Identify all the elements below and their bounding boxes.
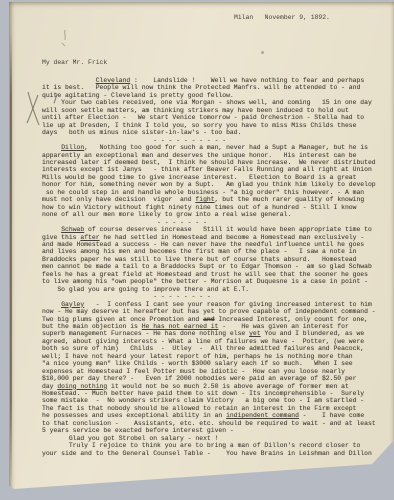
letter-line: "a nice young man" like Childs - worth $… — [42, 360, 386, 367]
letter-line: Schwab of course deserves increase Still… — [42, 226, 386, 233]
letter-line: So glad you are going to improve there a… — [42, 286, 386, 293]
letter-line: your side and to the General Counsel Tab… — [42, 450, 386, 457]
letter-content: Milan November 9, 1892. My dear Mr. Fric… — [9, 2, 394, 500]
letter-line: must not only have decision vigor and fi… — [42, 196, 386, 203]
letter-line: until after Election - We start Venice t… — [42, 114, 386, 121]
letter-line: - - - - - - - - — [42, 293, 386, 300]
letter-line: he possesses and uses exceptional abilit… — [42, 412, 386, 419]
letter-line: - - - - - - - - - - — [42, 137, 386, 144]
letter-body: Cleveland : Landslide ! Well we have not… — [42, 77, 386, 457]
letter-line: apparently an exceptional man and deserv… — [42, 152, 386, 159]
letter-line: men cannot be made a tail to a Braddocks… — [42, 263, 386, 270]
letter-line: Two big plums given at once Promotion an… — [42, 316, 386, 323]
letter-line: Dillon, Nothing too good for such a man,… — [42, 144, 386, 151]
salutation: My dear Mr. Frick — [42, 59, 386, 66]
letter-line: it is best. People will now think the Pr… — [42, 84, 386, 91]
letter-line: and lives among his men and becomes the … — [42, 248, 386, 255]
letter-line: 5 years service be exacted before intere… — [42, 427, 386, 434]
letter-line: $10,000 per day there? - Even if 2000 no… — [42, 375, 386, 382]
letter-line: none of all our men more likely to grow … — [42, 211, 386, 218]
letter-line: to live among his "own people" the bette… — [42, 278, 386, 285]
letter-line: superb management Furnaces - He has done… — [42, 330, 386, 337]
letter-line: day doing nothing it would not be so muc… — [42, 383, 386, 390]
letter-line: - - - - - - - — [42, 219, 386, 226]
letter-line: Gayley - I confess I cant see your reaso… — [42, 301, 386, 308]
letter-line: interests except 1st Janys - think after… — [42, 166, 386, 173]
letter-line: give this after he had settled in Homest… — [42, 234, 386, 241]
letter-line: expenses at Homestead I feel Potter must… — [42, 368, 386, 375]
letter-line: both so sure of him) Childs - Utley - Al… — [42, 345, 386, 352]
letter-line: some mistake - No wonders strikers claim… — [42, 397, 386, 404]
letter-line: now - He may deserve it hereafter but ha… — [42, 308, 386, 315]
letter-line: Truly I rejoice to think you are to brin… — [42, 442, 386, 449]
letter-line: honor for him, something never won by a … — [42, 181, 386, 188]
letter-line: Your two cables received, one via Morgan… — [42, 99, 386, 106]
dateline: Milan November 9, 1892. — [234, 14, 386, 21]
letter-line: days both us minus nice sister-in-law's … — [42, 129, 386, 136]
letter-page: Milan November 9, 1892. My dear Mr. Fric… — [9, 2, 394, 500]
